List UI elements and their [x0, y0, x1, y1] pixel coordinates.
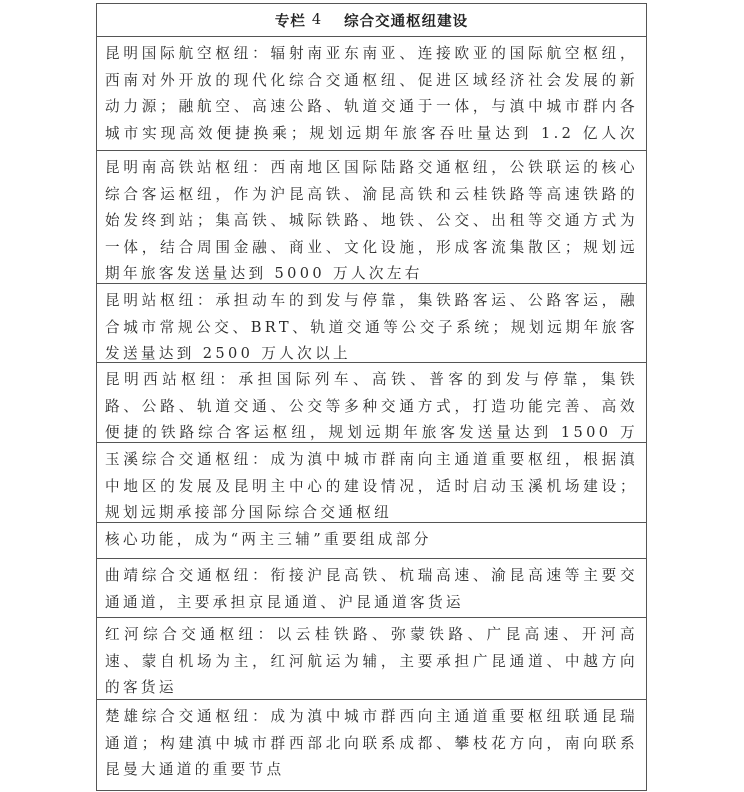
hub-row-kunming-station: 昆明站枢纽：承担动车的到发与停靠，集铁路客运、公路客运，融合城市常规公交、BRT… [97, 284, 646, 363]
box-title: 专栏 4 综合交通枢纽建设 [97, 4, 646, 37]
hub-row-yuxi: 玉溪综合交通枢纽：成为滇中城市群南向主通道重要枢纽，根据滇中地区的发展及昆明主中… [97, 443, 646, 523]
hub-row-kunming-south-station: 昆明南高铁站枢纽：西南地区国际陆路交通枢纽，公铁联运的核心综合客运枢纽，作为沪昆… [97, 151, 646, 284]
box-heading: 综合交通枢纽建设 [344, 10, 468, 31]
box-number: 4 [312, 12, 322, 28]
hub-row-qujing: 曲靖综合交通枢纽：衔接沪昆高铁、杭瑞高速、渝昆高速等主要交通通道，主要承担京昆通… [97, 559, 646, 618]
hub-row-chuxiong: 楚雄综合交通枢纽：成为滇中城市群西向主通道重要枢纽联通昆瑞通道；构建滇中城市群西… [97, 700, 646, 790]
column-box-table: 专栏 4 综合交通枢纽建设 昆明国际航空枢纽：辐射南亚东南亚、连接欧亚的国际航空… [96, 3, 647, 791]
hub-list: 昆明国际航空枢纽：辐射南亚东南亚、连接欧亚的国际航空枢纽，西南对外开放的现代化综… [97, 37, 646, 790]
hub-row-kunming-west-station: 昆明西站枢纽：承担国际列车、高铁、普客的到发与停靠，集铁路、公路、轨道交通、公交… [97, 363, 646, 443]
hub-row-kunming-airport: 昆明国际航空枢纽：辐射南亚东南亚、连接欧亚的国际航空枢纽，西南对外开放的现代化综… [97, 37, 646, 151]
hub-row-honghe: 红河综合交通枢纽：以云桂铁路、弥蒙铁路、广昆高速、开河高速、蒙自机场为主，红河航… [97, 618, 646, 700]
hub-row-core-function: 核心功能，成为“两主三辅”重要组成部分 [97, 523, 646, 559]
box-label: 专栏 [275, 10, 306, 31]
